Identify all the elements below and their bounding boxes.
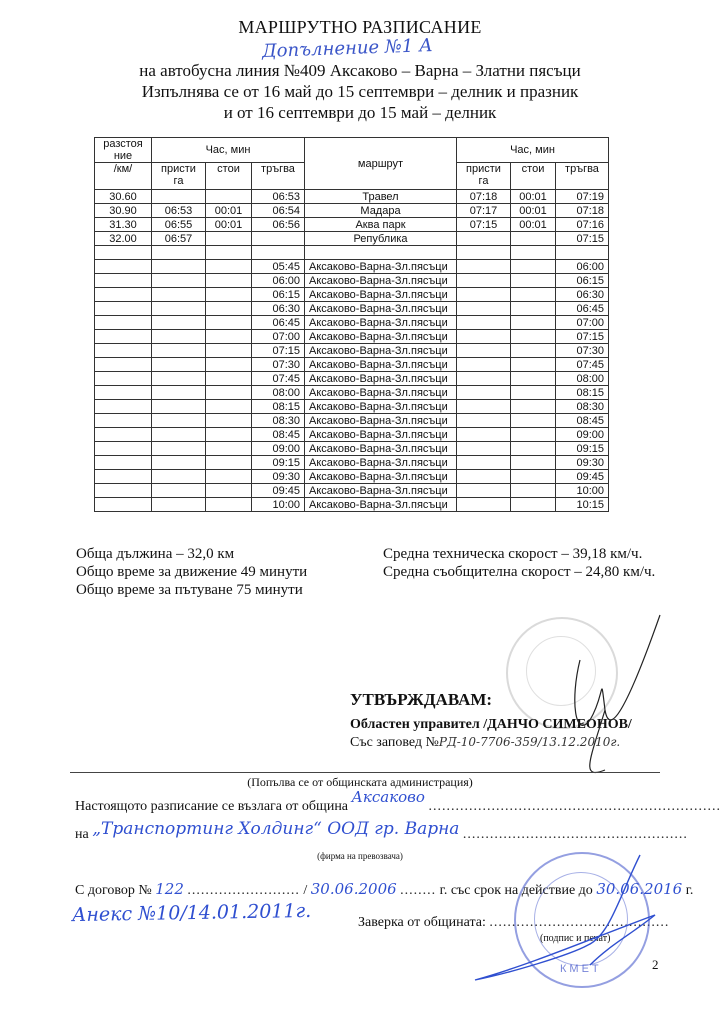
- empty-cell: [457, 400, 511, 414]
- departure-row: 08:00Аксаково-Варна-Зл.пясъци08:15: [95, 386, 609, 400]
- route-cell: Аксаково-Варна-Зл.пясъци: [305, 442, 457, 456]
- spacer-row: [95, 246, 609, 260]
- departure-cell: 10:00: [556, 484, 609, 498]
- empty-cell: [95, 456, 152, 470]
- empty-cell: [511, 372, 556, 386]
- empty-cell: [152, 484, 206, 498]
- departure-cell: 06:15: [252, 288, 305, 302]
- route-cell: Аксаково-Варна-Зл.пясъци: [305, 344, 457, 358]
- departure-cell: 07:45: [252, 372, 305, 386]
- arrival-cell: 07:18: [457, 190, 511, 204]
- empty-cell: [206, 470, 252, 484]
- departure-cell: 07:16: [556, 218, 609, 232]
- departure-row: 06:00Аксаково-Варна-Зл.пясъци06:15: [95, 274, 609, 288]
- time-header-right: Час, мин: [457, 138, 609, 163]
- route-cell: Аксаково-Варна-Зл.пясъци: [305, 428, 457, 442]
- empty-cell: [95, 316, 152, 330]
- stats-left: Обща дължина – 32,0 км Общо време за дви…: [76, 545, 307, 599]
- departure-row: 09:15Аксаково-Варна-Зл.пясъци09:30: [95, 456, 609, 470]
- distance-unit-header: /км/: [95, 163, 152, 190]
- empty-cell: [206, 302, 252, 316]
- departure-cell: 06:15: [556, 274, 609, 288]
- route-cell: Аксаково-Варна-Зл.пясъци: [305, 330, 457, 344]
- departure-cell: 09:00: [556, 428, 609, 442]
- route-cell: Аксаково-Варна-Зл.пясъци: [305, 386, 457, 400]
- page-number: 2: [652, 957, 659, 973]
- departure-cell: 06:00: [252, 274, 305, 288]
- departure-cell: 05:45: [252, 260, 305, 274]
- departure-row: 05:45Аксаково-Варна-Зл.пясъци06:00: [95, 260, 609, 274]
- time-header-left: Час, мин: [152, 138, 305, 163]
- distance-cell: 32.00: [95, 232, 152, 246]
- empty-cell: [206, 386, 252, 400]
- departure-cell: 09:30: [252, 470, 305, 484]
- departure-cell: 07:18: [556, 204, 609, 218]
- empty-cell: [457, 288, 511, 302]
- empty-cell: [511, 470, 556, 484]
- municipality-handwritten: Аксаково: [352, 788, 425, 806]
- departure-cell: 06:56: [252, 218, 305, 232]
- route-cell: Аксаково-Варна-Зл.пясъци: [305, 288, 457, 302]
- distance-cell: 31.30: [95, 218, 152, 232]
- mayor-signature-icon: [470, 855, 660, 965]
- empty-cell: [511, 456, 556, 470]
- empty-cell: [457, 484, 511, 498]
- empty-cell: [511, 386, 556, 400]
- empty-cell: [152, 428, 206, 442]
- empty-cell: [152, 302, 206, 316]
- empty-cell: [206, 442, 252, 456]
- empty-cell: [511, 302, 556, 316]
- departure-row: 10:00Аксаково-Варна-Зл.пясъци10:15: [95, 498, 609, 512]
- departure-cell: 09:00: [252, 442, 305, 456]
- departure-row: 07:45Аксаково-Варна-Зл.пясъци08:00: [95, 372, 609, 386]
- stop-row: 32.0006:57Република07:15: [95, 232, 609, 246]
- empty-cell: [457, 428, 511, 442]
- departure-row: 09:45Аксаково-Варна-Зл.пясъци10:00: [95, 484, 609, 498]
- departure-cell: 09:15: [252, 456, 305, 470]
- departure-cell: 08:00: [556, 372, 609, 386]
- empty-cell: [457, 470, 511, 484]
- empty-cell: [457, 442, 511, 456]
- departure-row: 07:30Аксаково-Варна-Зл.пясъци07:45: [95, 358, 609, 372]
- empty-cell: [152, 274, 206, 288]
- empty-cell: [152, 414, 206, 428]
- route-cell: Аксаково-Варна-Зл.пясъци: [305, 358, 457, 372]
- departure-row: 09:00Аксаково-Варна-Зл.пясъци09:15: [95, 442, 609, 456]
- empty-cell: [152, 288, 206, 302]
- stays-header-right: стои: [511, 163, 556, 190]
- departure-cell: 10:15: [556, 498, 609, 512]
- empty-cell: [95, 358, 152, 372]
- route-cell: Аксаково-Варна-Зл.пясъци: [305, 484, 457, 498]
- route-cell: Аксаково-Варна-Зл.пясъци: [305, 316, 457, 330]
- stop-duration-cell: [206, 190, 252, 204]
- departure-cell: 06:30: [252, 302, 305, 316]
- document-title: МАРШРУТНО РАЗПИСАНИЕ: [0, 17, 720, 38]
- empty-cell: [152, 372, 206, 386]
- empty-cell: [206, 288, 252, 302]
- departure-cell: 09:45: [252, 484, 305, 498]
- arrival-cell: 07:15: [457, 218, 511, 232]
- carrier-line: на „Транспортинг Холдинг“ ООД гр. Варна …: [75, 823, 688, 843]
- empty-cell: [206, 344, 252, 358]
- empty-cell: [457, 456, 511, 470]
- departure-cell: 08:45: [556, 414, 609, 428]
- empty-cell: [206, 428, 252, 442]
- departure-cell: 09:45: [556, 470, 609, 484]
- departure-cell: 06:53: [252, 190, 305, 204]
- departure-cell: 06:45: [252, 316, 305, 330]
- route-cell: Република: [305, 232, 457, 246]
- arrival-cell: 06:55: [152, 218, 206, 232]
- departure-cell: 06:54: [252, 204, 305, 218]
- empty-cell: [152, 344, 206, 358]
- stop-duration-cell: 00:01: [511, 218, 556, 232]
- contract-separator: /: [303, 883, 307, 898]
- empty-cell: [95, 260, 152, 274]
- stop-duration-cell: 00:01: [511, 204, 556, 218]
- route-cell: Аква парк: [305, 218, 457, 232]
- empty-cell: [95, 344, 152, 358]
- empty-cell: [511, 330, 556, 344]
- empty-cell: [152, 442, 206, 456]
- departure-cell: 08:15: [556, 386, 609, 400]
- route-cell: Аксаково-Варна-Зл.пясъци: [305, 274, 457, 288]
- year-suffix: г.: [686, 883, 694, 898]
- distance-cell: 30.60: [95, 190, 152, 204]
- empty-cell: [457, 316, 511, 330]
- annex-reference-handwritten: Анекс №10/14.01.2011г.: [72, 900, 312, 926]
- empty-cell: [511, 274, 556, 288]
- assigned-municipality-line: Настоящото разписание се възлага от общи…: [75, 796, 720, 815]
- empty-cell: [95, 498, 152, 512]
- departure-row: 08:30Аксаково-Варна-Зл.пясъци08:45: [95, 414, 609, 428]
- total-length: Обща дължина – 32,0 км: [76, 545, 307, 563]
- empty-cell: [457, 358, 511, 372]
- stop-duration-cell: 00:01: [206, 218, 252, 232]
- departure-row: 06:15Аксаково-Варна-Зл.пясъци06:30: [95, 288, 609, 302]
- empty-cell: [457, 330, 511, 344]
- arrival-cell: 06:53: [152, 204, 206, 218]
- empty-cell: [152, 260, 206, 274]
- empty-cell: [95, 274, 152, 288]
- contract-date-handwritten: 30.06.2006: [311, 880, 397, 898]
- empty-cell: [95, 302, 152, 316]
- empty-cell: [206, 414, 252, 428]
- departure-cell: 09:15: [556, 442, 609, 456]
- arrives-header-left: присти га: [152, 163, 206, 190]
- stop-row: 30.9006:5300:0106:54Мадара07:1700:0107:1…: [95, 204, 609, 218]
- departure-cell: 07:00: [556, 316, 609, 330]
- stop-row: 31.3006:5500:0106:56Аква парк07:1500:010…: [95, 218, 609, 232]
- empty-cell: [457, 372, 511, 386]
- empty-cell: [152, 330, 206, 344]
- departure-cell: 10:00: [252, 498, 305, 512]
- empty-cell: [457, 302, 511, 316]
- departure-cell: 08:15: [252, 400, 305, 414]
- route-header: маршрут: [305, 138, 457, 190]
- empty-cell: [95, 414, 152, 428]
- empty-cell: [95, 400, 152, 414]
- avg-technical-speed: Средна техническа скорост – 39,18 км/ч.: [383, 545, 655, 563]
- empty-cell: [511, 358, 556, 372]
- empty-cell: [95, 484, 152, 498]
- arrives-header-right: присти га: [457, 163, 511, 190]
- departure-cell: 09:30: [556, 456, 609, 470]
- departure-cell: 08:45: [252, 428, 305, 442]
- empty-cell: [511, 260, 556, 274]
- departure-cell: 08:30: [252, 414, 305, 428]
- total-travel-time: Общо време за пътуване 75 минути: [76, 581, 307, 599]
- validity-winter-subtitle: и от 16 септември до 15 май – делник: [0, 103, 720, 123]
- departure-row: 07:15Аксаково-Варна-Зл.пясъци07:30: [95, 344, 609, 358]
- stays-header-left: стои: [206, 163, 252, 190]
- empty-cell: [95, 386, 152, 400]
- governor-signature-icon: [560, 610, 670, 790]
- section-divider: [70, 772, 660, 773]
- empty-cell: [95, 372, 152, 386]
- empty-cell: [152, 358, 206, 372]
- empty-cell: [95, 442, 152, 456]
- empty-cell: [206, 330, 252, 344]
- departure-cell: 07:19: [556, 190, 609, 204]
- route-cell: Травел: [305, 190, 457, 204]
- route-cell: Аксаково-Варна-Зл.пясъци: [305, 260, 457, 274]
- empty-cell: [511, 414, 556, 428]
- departure-row: 08:15Аксаково-Варна-Зл.пясъци08:30: [95, 400, 609, 414]
- arrival-cell: 06:57: [152, 232, 206, 246]
- empty-cell: [206, 260, 252, 274]
- empty-cell: [206, 456, 252, 470]
- route-cell: Аксаково-Варна-Зл.пясъци: [305, 414, 457, 428]
- departure-cell: 07:00: [252, 330, 305, 344]
- empty-cell: [95, 470, 152, 484]
- empty-cell: [152, 316, 206, 330]
- empty-cell: [511, 428, 556, 442]
- departure-cell: 07:15: [556, 330, 609, 344]
- handwritten-annex-note: Допълнение №1 А: [262, 35, 433, 62]
- empty-cell: [206, 274, 252, 288]
- contract-label: С договор №: [75, 883, 152, 898]
- empty-cell: [206, 400, 252, 414]
- departure-cell: 07:30: [556, 344, 609, 358]
- route-cell: Аксаково-Варна-Зл.пясъци: [305, 372, 457, 386]
- avg-commercial-speed: Средна съобщителна скорост – 24,80 км/ч.: [383, 563, 655, 581]
- empty-cell: [457, 414, 511, 428]
- empty-cell: [152, 456, 206, 470]
- empty-cell: [511, 344, 556, 358]
- departure-row: 08:45Аксаково-Варна-Зл.пясъци09:00: [95, 428, 609, 442]
- fill-dots: ........................................…: [428, 799, 720, 814]
- empty-cell: [152, 498, 206, 512]
- empty-cell: [511, 498, 556, 512]
- stats-right: Средна техническа скорост – 39,18 км/ч. …: [383, 545, 655, 581]
- fill-dots: ........: [400, 883, 436, 898]
- empty-cell: [511, 442, 556, 456]
- empty-cell: [152, 400, 206, 414]
- contract-number-handwritten: 122: [155, 880, 184, 898]
- empty-cell: [206, 484, 252, 498]
- empty-cell: [457, 260, 511, 274]
- departure-cell: 06:30: [556, 288, 609, 302]
- route-cell: Аксаково-Варна-Зл.пясъци: [305, 498, 457, 512]
- carrier-handwritten: „Транспортинг Холдинг“ ООД гр. Варна: [92, 819, 459, 839]
- empty-cell: [206, 316, 252, 330]
- departure-cell: 08:00: [252, 386, 305, 400]
- stop-row: 30.6006:53Травел07:1800:0107:19: [95, 190, 609, 204]
- empty-cell: [95, 288, 152, 302]
- departs-header-left: тръгва: [252, 163, 305, 190]
- arrival-cell: [457, 232, 511, 246]
- departure-row: 06:45Аксаково-Варна-Зл.пясъци07:00: [95, 316, 609, 330]
- departure-row: 06:30Аксаково-Варна-Зл.пясъци06:45: [95, 302, 609, 316]
- departure-cell: 07:15: [556, 232, 609, 246]
- stop-duration-cell: [511, 232, 556, 246]
- departure-cell: 08:30: [556, 400, 609, 414]
- empty-cell: [152, 470, 206, 484]
- departure-cell: 07:15: [252, 344, 305, 358]
- route-cell: Аксаково-Варна-Зл.пясъци: [305, 302, 457, 316]
- empty-cell: [511, 288, 556, 302]
- empty-cell: [511, 316, 556, 330]
- empty-cell: [95, 330, 152, 344]
- validity-summer-subtitle: Изпълнява се от 16 май до 15 септември –…: [0, 82, 720, 102]
- empty-cell: [457, 344, 511, 358]
- departure-row: 07:00Аксаково-Варна-Зл.пясъци07:15: [95, 330, 609, 344]
- empty-cell: [206, 358, 252, 372]
- stop-duration-cell: [206, 232, 252, 246]
- empty-cell: [457, 386, 511, 400]
- carrier-label: на: [75, 827, 89, 842]
- fill-dots: ........................................…: [463, 827, 688, 842]
- empty-cell: [95, 428, 152, 442]
- departure-cell: 07:30: [252, 358, 305, 372]
- fill-dots: .........................: [187, 883, 300, 898]
- route-cell: Мадара: [305, 204, 457, 218]
- order-label: Със заповед №: [350, 735, 439, 750]
- empty-cell: [511, 484, 556, 498]
- departure-cell: [252, 232, 305, 246]
- empty-cell: [457, 498, 511, 512]
- empty-cell: [511, 400, 556, 414]
- approval-heading: УТВЪРЖДАВАМ:: [350, 690, 492, 710]
- total-motion-time: Общо време за движение 49 минути: [76, 563, 307, 581]
- departs-header-right: тръгва: [556, 163, 609, 190]
- empty-cell: [152, 386, 206, 400]
- route-line-subtitle: на автобусна линия №409 Аксаково – Варна…: [0, 61, 720, 81]
- route-cell: Аксаково-Варна-Зл.пясъци: [305, 456, 457, 470]
- empty-cell: [457, 274, 511, 288]
- assigned-label: Настоящото разписание се възлага от общи…: [75, 799, 348, 814]
- arrival-cell: [152, 190, 206, 204]
- stop-duration-cell: 00:01: [511, 190, 556, 204]
- route-cell: Аксаково-Варна-Зл.пясъци: [305, 400, 457, 414]
- departure-cell: 06:00: [556, 260, 609, 274]
- verification-label: Заверка от общината:: [358, 915, 486, 930]
- arrival-cell: 07:17: [457, 204, 511, 218]
- departure-cell: 06:45: [556, 302, 609, 316]
- departure-row: 09:30Аксаково-Варна-Зл.пясъци09:45: [95, 470, 609, 484]
- route-cell: Аксаково-Варна-Зл.пясъци: [305, 470, 457, 484]
- distance-header: разстоя ние: [95, 138, 152, 163]
- distance-cell: 30.90: [95, 204, 152, 218]
- departure-cell: 07:45: [556, 358, 609, 372]
- empty-cell: [206, 498, 252, 512]
- stop-duration-cell: 00:01: [206, 204, 252, 218]
- empty-cell: [206, 372, 252, 386]
- schedule-table: разстоя ние Час, мин маршрут Час, мин /к…: [94, 137, 609, 512]
